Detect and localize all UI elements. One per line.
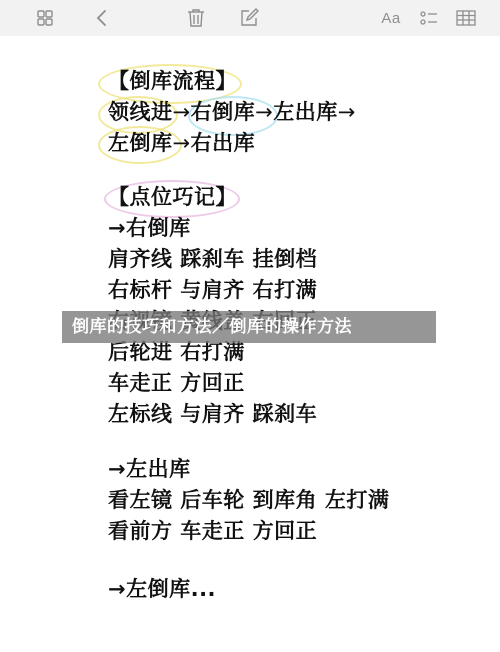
trash-icon[interactable] [184, 6, 208, 30]
flow-line-1: 领线进→右倒库→左出库→ [108, 99, 356, 125]
tip-line: 左标线 与肩齐 踩刹车 [108, 401, 317, 427]
grid-view-icon[interactable] [33, 6, 57, 30]
tip-line: 右标杆 与肩齐 右打满 [108, 277, 317, 303]
tip-line: 看前方 车走正 方回正 [108, 518, 317, 544]
section-title-daoku-liucheng: 【倒库流程】 [108, 68, 237, 94]
subheading-left-exit: →左出库 [108, 456, 191, 482]
table-icon[interactable] [454, 6, 478, 30]
tip-line: 看左镜 后车轮 到库角 左打满 [108, 487, 389, 513]
flow-line-2: 左倒库→右出库 [108, 130, 255, 156]
notes-toolbar: Aa [0, 0, 500, 36]
caption-text: 倒库的技巧和方法／倒库的操作方法 [72, 311, 352, 343]
format-text-button[interactable]: Aa [379, 6, 403, 30]
tip-line: 肩齐线 踩刹车 挂倒档 [108, 246, 317, 272]
compose-icon[interactable] [237, 6, 261, 30]
subheading-right-reverse: →右倒库 [108, 215, 191, 241]
checklist-icon[interactable] [417, 6, 441, 30]
subheading-left-reverse: →左倒库... [108, 576, 216, 602]
section-title-dianwei-qiaoji: 【点位巧记】 [108, 184, 237, 210]
note-body[interactable]: 【倒库流程】 领线进→右倒库→左出库→ 左倒库→右出库 【点位巧记】 →右倒库 … [0, 36, 500, 652]
chevron-left-icon[interactable] [90, 6, 114, 30]
tip-line: 车走正 方回正 [108, 370, 245, 396]
